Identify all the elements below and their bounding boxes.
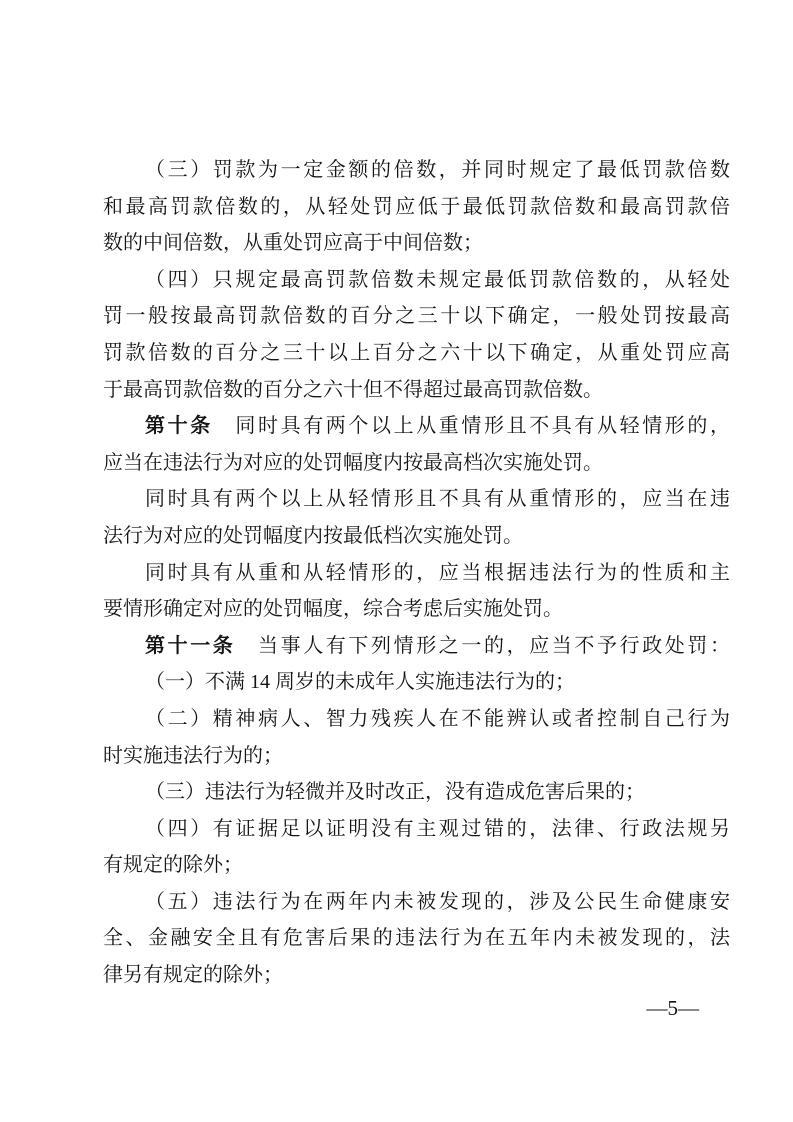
text-line: （四）有证据足以证明没有主观过错的，法律、行政法规另 xyxy=(103,811,730,848)
text-line: 法行为对应的处罚幅度内按最低档次实施处罚。 xyxy=(103,518,730,555)
text-line: 时实施违法行为的； xyxy=(103,738,730,775)
article-number-label: 第十条 xyxy=(145,415,213,437)
text-line: 和最高罚款倍数的，从轻处罚应低于最低罚款倍数和最高罚款倍 xyxy=(103,189,730,226)
text-run: （三）违法行为轻微并及时改正，没有造成危害后果的； xyxy=(145,781,645,803)
text-line: 数的中间倍数，从重处罚应高于中间倍数； xyxy=(103,225,730,262)
text-line: 于最高罚款倍数的百分之六十但不得超过最高罚款倍数。 xyxy=(103,372,730,409)
document-page: （三）罚款为一定金额的倍数，并同时规定了最低罚款倍数和最高罚款倍数的，从轻处罚应… xyxy=(0,0,793,1122)
text-run: 有规定的除外； xyxy=(103,854,243,876)
text-run: 时实施违法行为的； xyxy=(103,745,283,767)
text-line: （三）罚款为一定金额的倍数，并同时规定了最低罚款倍数 xyxy=(103,152,730,189)
text-line: 应当在违法行为对应的处罚幅度内按最高档次实施处罚。 xyxy=(103,445,730,482)
text-run: 要情形确定对应的处罚幅度，综合考虑后实施处罚。 xyxy=(103,598,563,620)
text-run: （一）不满 14 周岁的未成年人实施违法行为的； xyxy=(145,671,575,693)
text-line: （一）不满 14 周岁的未成年人实施违法行为的； xyxy=(103,664,730,701)
text-run: 于最高罚款倍数的百分之六十但不得超过最高罚款倍数。 xyxy=(103,379,603,401)
text-run: 罚一般按最高罚款倍数的百分之三十以下确定，一般处罚按最高 xyxy=(103,305,730,327)
text-line: 同时具有从重和从轻情形的，应当根据违法行为的性质和主 xyxy=(103,555,730,592)
text-line: （四）只规定最高罚款倍数未规定最低罚款倍数的，从轻处 xyxy=(103,262,730,299)
text-run: （四）只规定最高罚款倍数未规定最低罚款倍数的，从轻处 xyxy=(145,269,730,291)
text-line: （五）违法行为在两年内未被发现的，涉及公民生命健康安 xyxy=(103,884,730,921)
text-run: 全、金融安全且有危害后果的违法行为在五年内未被发现的，法 xyxy=(103,927,730,949)
text-line: 律另有规定的除外； xyxy=(103,957,730,994)
text-run: 应当在违法行为对应的处罚幅度内按最高档次实施处罚。 xyxy=(103,452,603,474)
text-run: 同时具有两个以上从轻情形且不具有从重情形的，应当在违 xyxy=(145,488,730,510)
text-run: 当事人有下列情形之一的，应当不予行政处罚： xyxy=(235,635,730,657)
article-number-label: 第十一条 xyxy=(145,635,235,657)
document-body: （三）罚款为一定金额的倍数，并同时规定了最低罚款倍数和最高罚款倍数的，从轻处罚应… xyxy=(103,152,730,994)
text-line: 第十一条 当事人有下列情形之一的，应当不予行政处罚： xyxy=(103,628,730,665)
text-line: 同时具有两个以上从轻情形且不具有从重情形的，应当在违 xyxy=(103,481,730,518)
text-line: （二）精神病人、智力残疾人在不能辨认或者控制自己行为 xyxy=(103,701,730,738)
text-run: 罚款倍数的百分之三十以上百分之六十以下确定，从重处罚应高 xyxy=(103,342,730,364)
text-line: 罚一般按最高罚款倍数的百分之三十以下确定，一般处罚按最高 xyxy=(103,298,730,335)
text-line: 有规定的除外； xyxy=(103,847,730,884)
text-line: 全、金融安全且有危害后果的违法行为在五年内未被发现的，法 xyxy=(103,920,730,957)
text-line: 要情形确定对应的处罚幅度，综合考虑后实施处罚。 xyxy=(103,591,730,628)
text-run: 和最高罚款倍数的，从轻处罚应低于最低罚款倍数和最高罚款倍 xyxy=(103,196,730,218)
text-run: 同时具有从重和从轻情形的，应当根据违法行为的性质和主 xyxy=(145,562,730,584)
text-line: 罚款倍数的百分之三十以上百分之六十以下确定，从重处罚应高 xyxy=(103,335,730,372)
text-run: （二）精神病人、智力残疾人在不能辨认或者控制自己行为 xyxy=(145,708,730,730)
text-run: （五）违法行为在两年内未被发现的，涉及公民生命健康安 xyxy=(145,891,730,913)
text-line: 第十条 同时具有两个以上从重情形且不具有从轻情形的， xyxy=(103,408,730,445)
text-line: （三）违法行为轻微并及时改正，没有造成危害后果的； xyxy=(103,774,730,811)
text-run: 法行为对应的处罚幅度内按最低档次实施处罚。 xyxy=(103,525,523,547)
text-run: 同时具有两个以上从重情形且不具有从轻情形的， xyxy=(213,415,730,437)
text-run: 律另有规定的除外； xyxy=(103,964,283,986)
text-run: 数的中间倍数，从重处罚应高于中间倍数； xyxy=(103,232,483,254)
text-run: （三）罚款为一定金额的倍数，并同时规定了最低罚款倍数 xyxy=(145,159,730,181)
text-run: （四）有证据足以证明没有主观过错的，法律、行政法规另 xyxy=(145,818,730,840)
page-number: —5— xyxy=(647,996,700,1020)
